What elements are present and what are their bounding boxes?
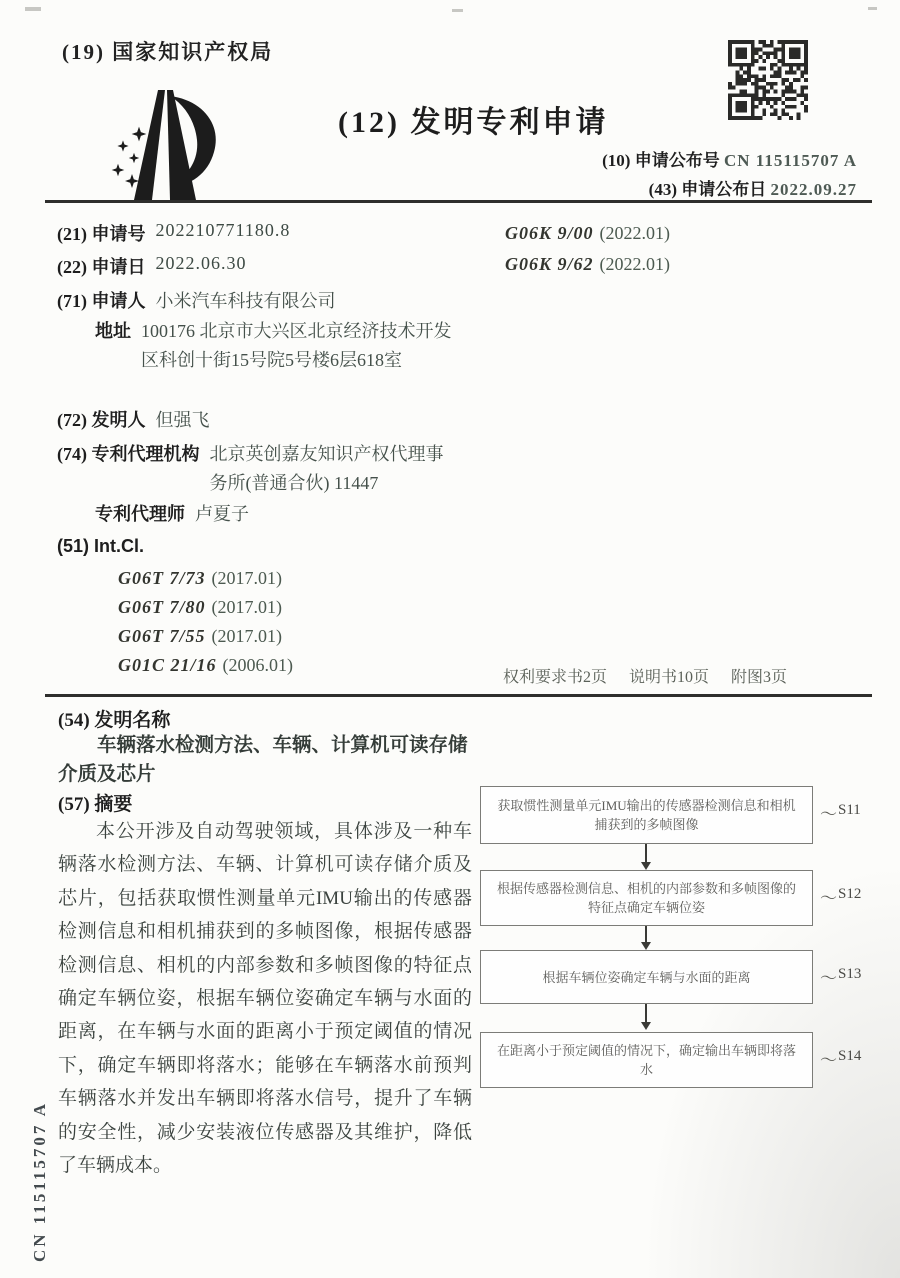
inventor-row: (72) 发明人 但强飞 <box>57 406 210 432</box>
flow-step-box-s12: 根据传感器检测信息、相机的内部参数和多帧图像的特征点确定车辆位姿 <box>480 870 813 926</box>
flow-arrow-down-icon <box>645 844 647 863</box>
flow-step-box-s14: 在距离小于预定阈值的情况下，确定输出车辆即将落水 <box>480 1032 813 1088</box>
ipc-version: (2022.01) <box>600 254 671 274</box>
issuing-office: (19) 国家知识产权局 <box>62 36 273 66</box>
application-date-label: (22) 申请日 <box>57 253 146 279</box>
scan-artifact <box>25 7 41 11</box>
publication-number-value: CN 115115707 A <box>724 151 857 170</box>
section-divider <box>45 694 872 697</box>
figures-pages: 附图3页 <box>731 669 787 686</box>
publication-number-label: (10) 申请公布号 <box>602 151 720 170</box>
agent-label: 专利代理师 <box>95 500 185 526</box>
abstract-label: (57) 摘要 <box>58 789 132 816</box>
step-connector-icon: 〜 <box>820 964 837 989</box>
ipc-entry: G06T 7/73(2017.01) <box>118 564 293 593</box>
ipc-version: (2022.01) <box>600 223 671 243</box>
agency-label: (74) 专利代理机构 <box>57 440 200 466</box>
address-row: 地址 100176 北京市大兴区北京经济技术开发区科创十街15号院5号楼6层61… <box>95 317 463 375</box>
step-id: S12 <box>838 886 861 903</box>
ipc-code: G06T 7/80 <box>118 597 206 617</box>
ipc-entry: G06T 7/80(2017.01) <box>118 593 293 622</box>
flow-step-label-s12: 〜S12 <box>820 878 861 903</box>
applicant-value: 小米汽车科技有限公司 <box>156 287 336 313</box>
flow-step-box-s13: 根据车辆位姿确定车辆与水面的距离 <box>480 950 813 1004</box>
ipc-entry: G06K 9/62(2022.01) <box>505 249 670 280</box>
publication-info: (10) 申请公布号 CN 115115707 A (43) 申请公布日 202… <box>602 146 857 204</box>
intcl-row: (51) Int.Cl. <box>57 536 144 557</box>
ipc-classification-list-left: G06T 7/73(2017.01) G06T 7/80(2017.01) G0… <box>118 564 293 680</box>
step-connector-icon: 〜 <box>820 800 837 825</box>
ipc-classification-list-right: G06K 9/00(2022.01) G06K 9/62(2022.01) <box>505 218 670 280</box>
flow-step-label-s13: 〜S13 <box>820 958 861 983</box>
address-value: 100176 北京市大兴区北京经济技术开发区科创十街15号院5号楼6层618室 <box>141 317 463 375</box>
step-id: S13 <box>838 966 861 983</box>
flowchart-figure: 获取惯性测量单元IMU输出的传感器检测信息和相机捕获到的多帧图像 〜S11 根据… <box>480 786 880 1098</box>
agency-row: (74) 专利代理机构 北京英创嘉友知识产权代理事务所(普通合伙) 11447 <box>57 440 452 498</box>
ipc-code: G06T 7/73 <box>118 568 206 588</box>
flow-step-label-s14: 〜S14 <box>820 1040 861 1065</box>
ipc-version: (2017.01) <box>212 597 283 617</box>
scan-artifact <box>868 7 877 10</box>
ipc-entry: G06K 9/00(2022.01) <box>505 218 670 249</box>
application-date-value: 2022.06.30 <box>156 253 247 274</box>
document-type-title: (12) 发明专利申请 <box>338 97 608 141</box>
ipc-entry: G06T 7/55(2017.01) <box>118 622 293 651</box>
flow-arrow-down-icon <box>645 1004 647 1023</box>
invention-title-label: (54) 发明名称 <box>58 705 170 732</box>
description-pages: 说明书10页 <box>629 669 709 686</box>
patent-front-page: (19) 国家知识产权局 (12) 发明专利申请 (10) 申请公布号 CN <box>0 0 900 1278</box>
publication-number-line: (10) 申请公布号 CN 115115707 A <box>602 146 857 175</box>
intcl-label: (51) Int.Cl. <box>57 536 144 557</box>
ipc-code: G06K 9/00 <box>505 223 594 243</box>
qr-code-icon <box>727 40 809 120</box>
inventor-label: (72) 发明人 <box>57 406 146 432</box>
ipc-version: (2006.01) <box>223 655 294 675</box>
claims-pages: 权利要求书2页 <box>503 669 607 686</box>
agency-value: 北京英创嘉友知识产权代理事务所(普通合伙) 11447 <box>210 440 452 498</box>
ipc-version: (2017.01) <box>212 626 283 646</box>
ipc-code: G06T 7/55 <box>118 626 206 646</box>
applicant-label: (71) 申请人 <box>57 287 146 313</box>
publication-date-label: (43) 申请公布日 <box>649 180 767 199</box>
step-connector-icon: 〜 <box>820 1046 837 1071</box>
ipc-code: G01C 21/16 <box>118 655 217 675</box>
publication-date-value: 2022.09.27 <box>771 180 858 199</box>
applicant-row: (71) 申请人 小米汽车科技有限公司 <box>57 287 336 313</box>
application-number-value: 202210771180.8 <box>156 220 291 241</box>
flow-step-label-s11: 〜S11 <box>820 794 861 819</box>
ipc-version: (2017.01) <box>212 568 283 588</box>
invention-title: 车辆落水检测方法、车辆、计算机可读存储介质及芯片 <box>58 731 474 789</box>
pages-summary: 权利要求书2页 说明书10页 附图3页 <box>503 664 787 687</box>
agent-value: 卢夏子 <box>195 500 249 526</box>
abstract-text: 本公开涉及自动驾驶领域，具体涉及一种车辆落水检测方法、车辆、计算机可读存储介质及… <box>58 815 472 1182</box>
application-date-row: (22) 申请日 2022.06.30 <box>57 253 247 279</box>
step-connector-icon: 〜 <box>820 884 837 909</box>
ipc-entry: G01C 21/16(2006.01) <box>118 651 293 680</box>
header-divider <box>45 200 872 203</box>
scan-artifact <box>452 9 463 12</box>
inventor-value: 但强飞 <box>156 406 210 432</box>
step-id: S11 <box>838 802 861 819</box>
agent-row: 专利代理师 卢夏子 <box>95 500 249 526</box>
side-publication-number: CN 115115707 A <box>30 1101 50 1262</box>
address-label: 地址 <box>95 317 131 343</box>
application-number-row: (21) 申请号 202210771180.8 <box>57 220 290 246</box>
ipc-code: G06K 9/62 <box>505 254 594 274</box>
flow-arrow-down-icon <box>645 926 647 943</box>
step-id: S14 <box>838 1048 861 1065</box>
application-number-label: (21) 申请号 <box>57 220 146 246</box>
cnipa-logo-icon <box>96 86 238 208</box>
flow-step-box-s11: 获取惯性测量单元IMU输出的传感器检测信息和相机捕获到的多帧图像 <box>480 786 813 844</box>
